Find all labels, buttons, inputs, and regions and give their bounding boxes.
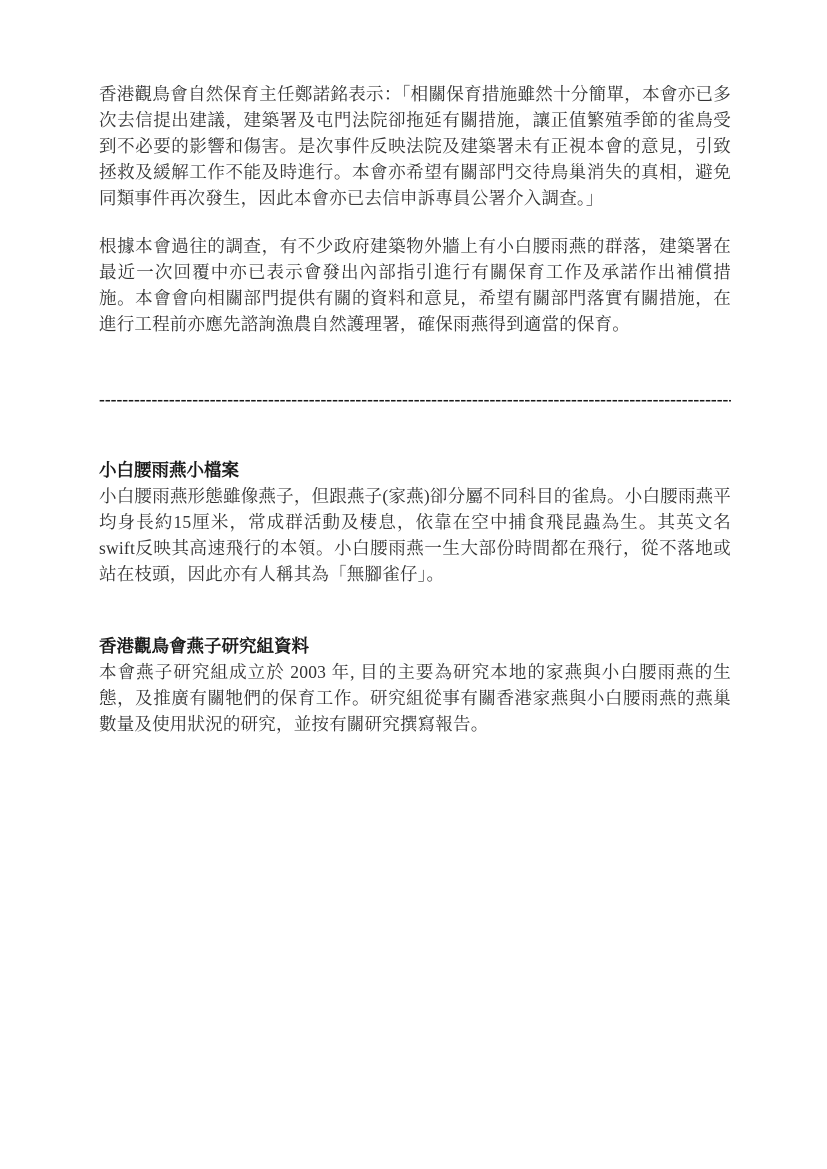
section-heading-research-group: 香港觀鳥會燕子研究組資料 <box>99 633 731 659</box>
dashed-separator-line: ----------------------------------------… <box>99 386 731 412</box>
paragraph-research-group-body: 本會燕子研究組成立於 2003 年, 目的主要為研究本地的家燕與小白腰雨燕的生態… <box>99 659 731 737</box>
document-page: 香港觀鳥會自然保育主任鄭諾銘表示：「相關保育措施雖然十分簡單，本會亦已多次去信提… <box>0 0 827 1169</box>
paragraph-conservation-statement: 香港觀鳥會自然保育主任鄭諾銘表示：「相關保育措施雖然十分簡單，本會亦已多次去信提… <box>99 81 731 211</box>
paragraph-swift-profile-body: 小白腰雨燕形態雖像燕子，但跟燕子(家燕)卻分屬不同科目的雀鳥。小白腰雨燕平均身長… <box>99 483 731 587</box>
paragraph-survey-findings: 根據本會過往的調查，有不少政府建築物外牆上有小白腰雨燕的群落，建築署在最近一次回… <box>99 233 731 337</box>
section-heading-swift-profile: 小白腰雨燕小檔案 <box>99 457 731 483</box>
